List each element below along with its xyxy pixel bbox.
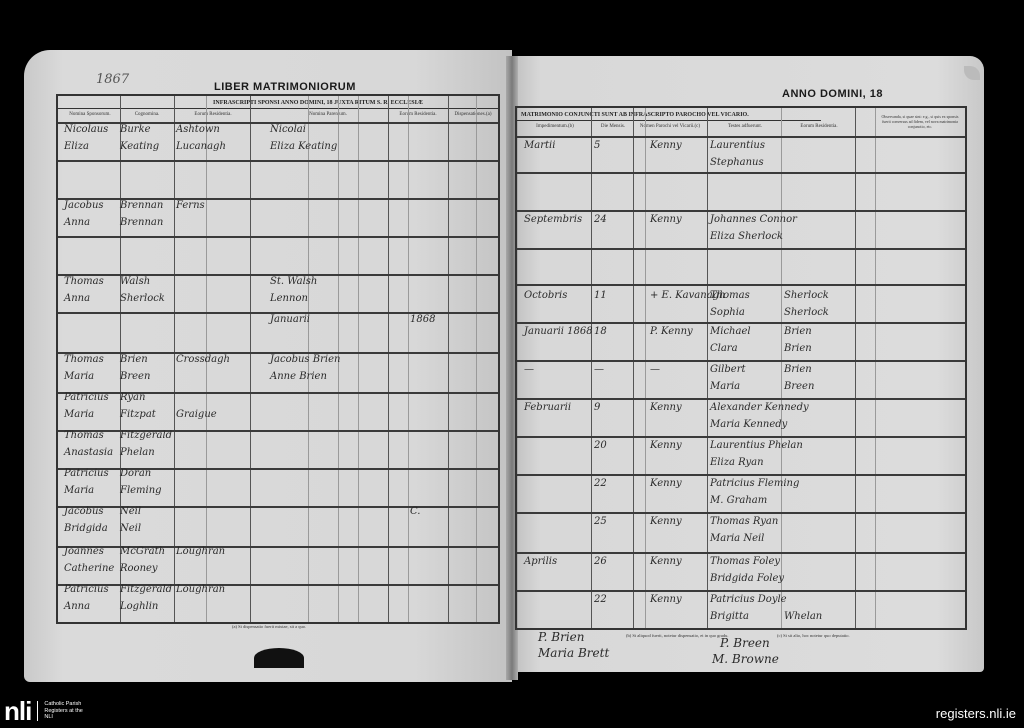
left-entry-parents: Nicolai — [270, 124, 306, 135]
left-entry-names: Jacobus — [64, 506, 104, 517]
page-shadow — [254, 648, 304, 668]
left-entry-residence: Graigue — [176, 409, 217, 420]
left-entry-surnames: Phelan — [120, 447, 155, 458]
right-entry-witnesses: Thomas — [710, 290, 750, 301]
left-entry-names: Patricius — [64, 584, 109, 595]
right-entry-priest: Kenny — [650, 478, 682, 489]
col-observanda: Observanda, si quae sint: e.g., si quis … — [877, 114, 963, 129]
left-entry-surnames: Breen — [120, 371, 150, 382]
right-entry-day: 18 — [594, 326, 607, 337]
right-header-band: MATRIMONIO CONJUNCTI SUNT AB INFRASCRIPT… — [517, 110, 821, 121]
right-entry-witnesses: Maria Neil — [710, 533, 764, 544]
nli-logo-text: Catholic Parish Registers at the NLI — [44, 701, 84, 721]
left-entry-note: C. — [410, 506, 420, 517]
right-entry-residence: Sherlock — [784, 290, 829, 301]
col-dispensationes: Dispensationes.(a) — [448, 112, 498, 117]
left-entry-parents: Eliza Keating — [270, 141, 337, 152]
right-entry-witnesses: Johannes Connor — [710, 214, 797, 225]
col-testes: Testes adfuerunt. — [709, 124, 781, 129]
right-entry-witnesses: Alexander Kennedy — [710, 402, 809, 413]
left-entry-surnames: Rooney — [120, 563, 158, 574]
right-entry-residence: Brien — [784, 343, 812, 354]
bottom-note-1: P. Brien — [538, 630, 585, 644]
left-footnote: (a) Si dispensatio fuerit mixtae, sit a … — [232, 624, 306, 629]
left-entry-names: Patricius — [64, 392, 109, 403]
col-eorum-residentia: Eorum Residentia. — [783, 124, 855, 129]
right-entry-day: 22 — [594, 594, 607, 605]
left-entry-names: Nicolaus — [64, 124, 108, 135]
right-entry-priest: P. Kenny — [650, 326, 693, 337]
bottom-note-3: P. Breen — [720, 636, 770, 650]
right-entry-residence: Whelan — [784, 611, 822, 622]
logo-divider — [37, 701, 38, 721]
right-entry-day: 24 — [594, 214, 607, 225]
left-entry-residence: Ashtown — [176, 124, 220, 135]
nli-logo-mark: nli — [4, 698, 31, 724]
col-nomina-sponsorum: Nomina Sponsorum. — [62, 112, 118, 117]
left-entry-note: 1868 — [410, 314, 435, 325]
bottom-note-2: Maria Brett — [538, 646, 609, 660]
left-entry-residence: Ferns — [176, 200, 205, 211]
right-footnote-b: (b) Si aliquod fuerit, notetur dispensat… — [626, 633, 728, 638]
left-entry-residence: Loughran — [176, 546, 225, 557]
left-entry-surnames: Brien — [120, 354, 148, 365]
year-note: 1867 — [96, 72, 129, 87]
right-entry-witnesses: Thomas Ryan — [710, 516, 778, 527]
left-entry-names: Catherine — [64, 563, 114, 574]
left-entry-residence: Lucanagh — [176, 141, 226, 152]
bottom-note-4: M. Browne — [712, 652, 779, 666]
left-entry-parents: St. Walsh — [270, 276, 317, 287]
nli-logo[interactable]: nli Catholic Parish Registers at the NLI — [4, 698, 84, 724]
left-entry-names: Jacobus — [64, 200, 104, 211]
right-page-title: ANNO DOMINI, 18 — [782, 88, 883, 100]
right-entry-priest: Kenny — [650, 402, 682, 413]
left-entry-surnames: Fitzgerald — [120, 430, 172, 441]
left-entry-names: Anna — [64, 293, 90, 304]
left-entry-surnames: Fitzpat — [120, 409, 156, 420]
right-entry-priest: Kenny — [650, 556, 682, 567]
left-entry-surnames: Fleming — [120, 485, 162, 496]
right-entry-witnesses: Patricius Doyle — [710, 594, 787, 605]
right-entry-witnesses: Eliza Ryan — [710, 457, 764, 468]
right-entry-witnesses: Gilbert — [710, 364, 746, 375]
left-entry-surnames: Loghlin — [120, 601, 158, 612]
site-link[interactable]: registers.nli.ie — [936, 706, 1016, 721]
col-impedimentum: Impedimentum.(b) — [519, 124, 591, 129]
right-entry-witnesses: Michael — [710, 326, 751, 337]
right-entry-month: — — [524, 364, 534, 375]
left-entry-names: Anna — [64, 601, 90, 612]
left-entry-surnames: Burke — [120, 124, 151, 135]
left-entry-residence: Crossdagh — [176, 354, 230, 365]
left-entry-names: Maria — [64, 409, 94, 420]
right-entry-priest: Kenny — [650, 594, 682, 605]
col-die-mensis: Die Mensis. — [593, 124, 633, 129]
left-entry-parents: Jacobus Brien — [270, 354, 340, 365]
left-entry-surnames: Neil — [120, 506, 141, 517]
right-entry-day: 11 — [594, 290, 607, 301]
left-entry-parents: Anne Brien — [270, 371, 327, 382]
left-entry-names: Eliza — [64, 141, 89, 152]
right-entry-witnesses: M. Graham — [710, 495, 767, 506]
right-entry-residence: Breen — [784, 381, 814, 392]
left-entry-parents: Lennon — [270, 293, 308, 304]
right-entry-month: Februarii — [524, 402, 571, 413]
col-residentia-parentum: Eorum Residentia. — [390, 112, 446, 117]
left-entry-names: Bridgida — [64, 523, 108, 534]
left-entry-names: Joannes — [64, 546, 104, 557]
left-entry-surnames: Ryan — [120, 392, 145, 403]
right-entry-day: — — [594, 364, 604, 375]
right-entry-witnesses: Laurentius — [710, 140, 765, 151]
right-entry-witnesses: Maria — [710, 381, 740, 392]
right-entry-residence: Brien — [784, 364, 812, 375]
left-entry-names: Thomas — [64, 276, 104, 287]
right-entry-priest: Kenny — [650, 214, 682, 225]
left-entry-names: Anastasia — [64, 447, 113, 458]
right-entry-witnesses: Maria Kennedy — [710, 419, 787, 430]
right-entry-day: 22 — [594, 478, 607, 489]
right-footnote-c: (c) Si sit alio, hoc notetur quo deputat… — [777, 633, 850, 638]
col-nomina-parentum: Nomina Parentum. — [268, 112, 388, 117]
right-entry-witnesses: Clara — [710, 343, 738, 354]
left-entry-surnames: Brennan — [120, 200, 163, 211]
left-entry-parents: Januarii — [270, 314, 310, 325]
right-entry-witnesses: Sophia — [710, 307, 745, 318]
right-entry-month: Januarii 1868 — [524, 326, 593, 337]
left-entry-names: Maria — [64, 371, 94, 382]
left-entry-residence: Loughran — [176, 584, 225, 595]
right-entry-residence: Brien — [784, 326, 812, 337]
left-entry-names: Anna — [64, 217, 90, 228]
right-entry-month: Aprilis — [524, 556, 557, 567]
left-entry-names: Maria — [64, 485, 94, 496]
col-residentia: Eorum Residentia. — [178, 112, 248, 117]
right-entry-month: Octobris — [524, 290, 567, 301]
right-entry-priest: Kenny — [650, 440, 682, 451]
left-entry-surnames: Keating — [120, 141, 159, 152]
right-entry-witnesses: Patricius Fleming — [710, 478, 799, 489]
right-entry-month: Martii — [524, 140, 555, 151]
left-entry-names: Thomas — [64, 354, 104, 365]
right-entry-witnesses: Thomas Foley — [710, 556, 780, 567]
right-entry-day: 9 — [594, 402, 600, 413]
left-header-band: INFRASCRIPTI SPONSI ANNO DOMINI, 18 JUXT… — [58, 98, 498, 109]
right-entry-witnesses: Stephanus — [710, 157, 764, 168]
right-entry-day: 25 — [594, 516, 607, 527]
right-entry-day: 26 — [594, 556, 607, 567]
right-entry-day: 20 — [594, 440, 607, 451]
left-entry-surnames: Doran — [120, 468, 151, 479]
left-entry-names: Thomas — [64, 430, 104, 441]
left-entry-surnames: McGrath — [120, 546, 165, 557]
right-entry-priest: Kenny — [650, 516, 682, 527]
right-entry-residence: Sherlock — [784, 307, 829, 318]
left-entry-surnames: Walsh — [120, 276, 150, 287]
left-entry-surnames: Brennan — [120, 217, 163, 228]
right-entry-month: Septembris — [524, 214, 582, 225]
left-entry-surnames: Fitzgerald — [120, 584, 172, 595]
left-entry-names: Patricius — [64, 468, 109, 479]
left-entry-surnames: Neil — [120, 523, 141, 534]
left-page-title: LIBER MATRIMONIORUM — [214, 81, 356, 93]
right-entry-priest: Kenny — [650, 140, 682, 151]
right-entry-witnesses: Eliza Sherlock — [710, 231, 783, 242]
col-cognomina: Cognomina. — [124, 112, 170, 117]
right-entry-day: 5 — [594, 140, 600, 151]
right-entry-priest: — — [650, 364, 660, 375]
right-entry-witnesses: Brigitta — [710, 611, 749, 622]
left-entry-surnames: Sherlock — [120, 293, 165, 304]
right-entry-witnesses: Bridgida Foley — [710, 573, 784, 584]
right-entry-witnesses: Laurentius Phelan — [710, 440, 803, 451]
